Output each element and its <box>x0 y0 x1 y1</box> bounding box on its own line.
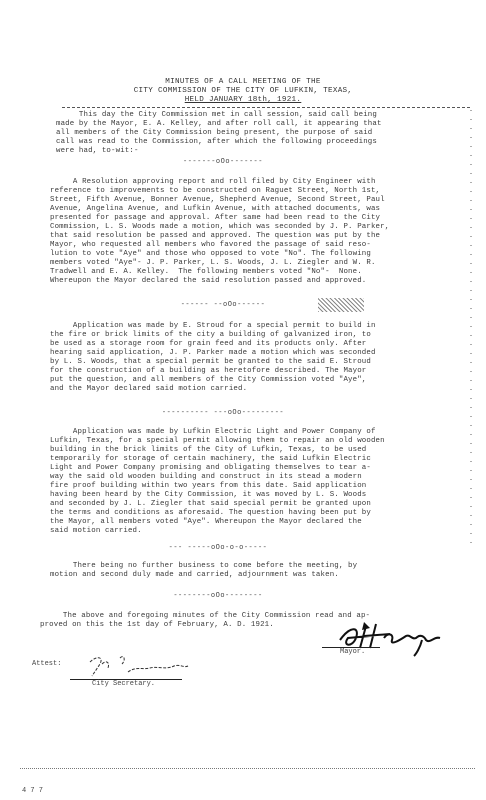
text-line: proved on this the 1st day of February, … <box>40 621 274 630</box>
text-line: members voted "Aye"- J. P. Parker, L. S.… <box>50 259 376 268</box>
secretary-label: City Secretary. <box>92 680 155 688</box>
text-line: This day the City Commission met in call… <box>56 111 377 120</box>
text-line: the terms and conditions as aforesaid. T… <box>50 509 371 518</box>
text-line: all members of the City Commission being… <box>56 129 372 138</box>
text-line: fire proof building within two years fro… <box>50 482 366 491</box>
meeting-date: HELD JANUARY 18th, 1921. <box>185 96 302 104</box>
text-line: by L. S. Woods, that a special permit be… <box>50 358 371 367</box>
ink-smudge <box>318 298 364 312</box>
text-line: the fire or brick limits of the city a b… <box>50 331 371 340</box>
section-separator: --- -----oOo-o-o----- <box>0 544 461 552</box>
text-line: and seconded by J. L. Ziegler that said … <box>50 500 371 509</box>
title-line-2: CITY COMMISSION OF THE CITY OF LUFKIN, T… <box>0 87 486 96</box>
text-line: Lufkin, Texas, for a special permit allo… <box>50 437 385 446</box>
title-divider <box>62 107 470 108</box>
text-line: that said resolution be passed and appro… <box>50 232 380 241</box>
text-line: building in the brick limits of the City… <box>50 446 366 455</box>
text-line: Commission, L. S. Woods made a motion, w… <box>50 223 389 232</box>
text-line: hearing said application, J. P. Parker m… <box>50 349 376 358</box>
page-number: 4 7 7 <box>22 787 43 795</box>
text-line: Street, Fifth Avenue, Bonner Avenue, She… <box>50 196 385 205</box>
text-line: Light and Power Company promising and ob… <box>50 464 371 473</box>
title-line-1: MINUTES OF A CALL MEETING OF THE <box>0 78 486 87</box>
text-line: Mayor, who requested all members who fav… <box>50 241 371 250</box>
text-line: call was read to the Commission, after w… <box>56 138 377 147</box>
secretary-signature <box>80 652 190 680</box>
page-bottom-rule <box>20 768 475 769</box>
text-line: made by the Mayor, E. A. Kelley, and aft… <box>56 120 382 129</box>
text-line: be used as a storage room for grain feed… <box>50 340 366 349</box>
text-line: temporarily for storage of certain machi… <box>50 455 371 464</box>
text-line: were had, to-wit:- <box>56 147 139 156</box>
signature-scrawl-icon <box>80 652 190 680</box>
text-line: Application was made by Lufkin Electric … <box>50 428 376 437</box>
scan-margin-artifact <box>470 110 472 550</box>
text-line: the Mayor, all members voted "Aye". Wher… <box>50 518 362 527</box>
text-line: way the said old wooden building and con… <box>50 473 362 482</box>
text-line: There being no further business to come … <box>50 562 357 571</box>
text-line: Tradwell and E. A. Kelley. The following… <box>50 268 362 277</box>
mayor-label: Mayor. <box>340 648 365 656</box>
section-separator: -------oOo------- <box>0 158 466 166</box>
section-separator: --------oOo-------- <box>0 592 461 600</box>
text-line: Application was made by E. Stroud for a … <box>50 322 376 331</box>
text-line: lution to vote "Aye" and those who oppos… <box>50 250 371 259</box>
text-line: for the construction of a building as he… <box>50 367 366 376</box>
text-line: and the Mayor declared said motion carri… <box>50 385 247 394</box>
section-separator: ---------- ---oOo--------- <box>0 409 466 417</box>
text-line: A Resolution approving report and roll f… <box>50 178 376 187</box>
text-line: said motion carried. <box>50 527 142 536</box>
text-line: The above and foregoing minutes of the C… <box>40 612 370 621</box>
section-separator: ------ --oOo------ <box>0 301 466 309</box>
text-line: presented for passage and approval. Afte… <box>50 214 380 223</box>
attest-label: Attest: <box>32 660 61 668</box>
title-line-3: HELD JANUARY 18th, 1921. <box>0 96 486 105</box>
text-line: motion and second duly made and carried,… <box>50 571 339 580</box>
text-line: having been heard by the City Commission… <box>50 491 366 500</box>
text-line: reference to improvements to be construc… <box>50 187 380 196</box>
document-page: MINUTES OF A CALL MEETING OF THE CITY CO… <box>0 0 486 800</box>
text-line: Avenue, Angelina Avenue, and Lufkin Aven… <box>50 205 380 214</box>
text-line: Whereupon the Mayor declared the said re… <box>50 277 366 286</box>
text-line: put the question, and all members of the… <box>50 376 366 385</box>
